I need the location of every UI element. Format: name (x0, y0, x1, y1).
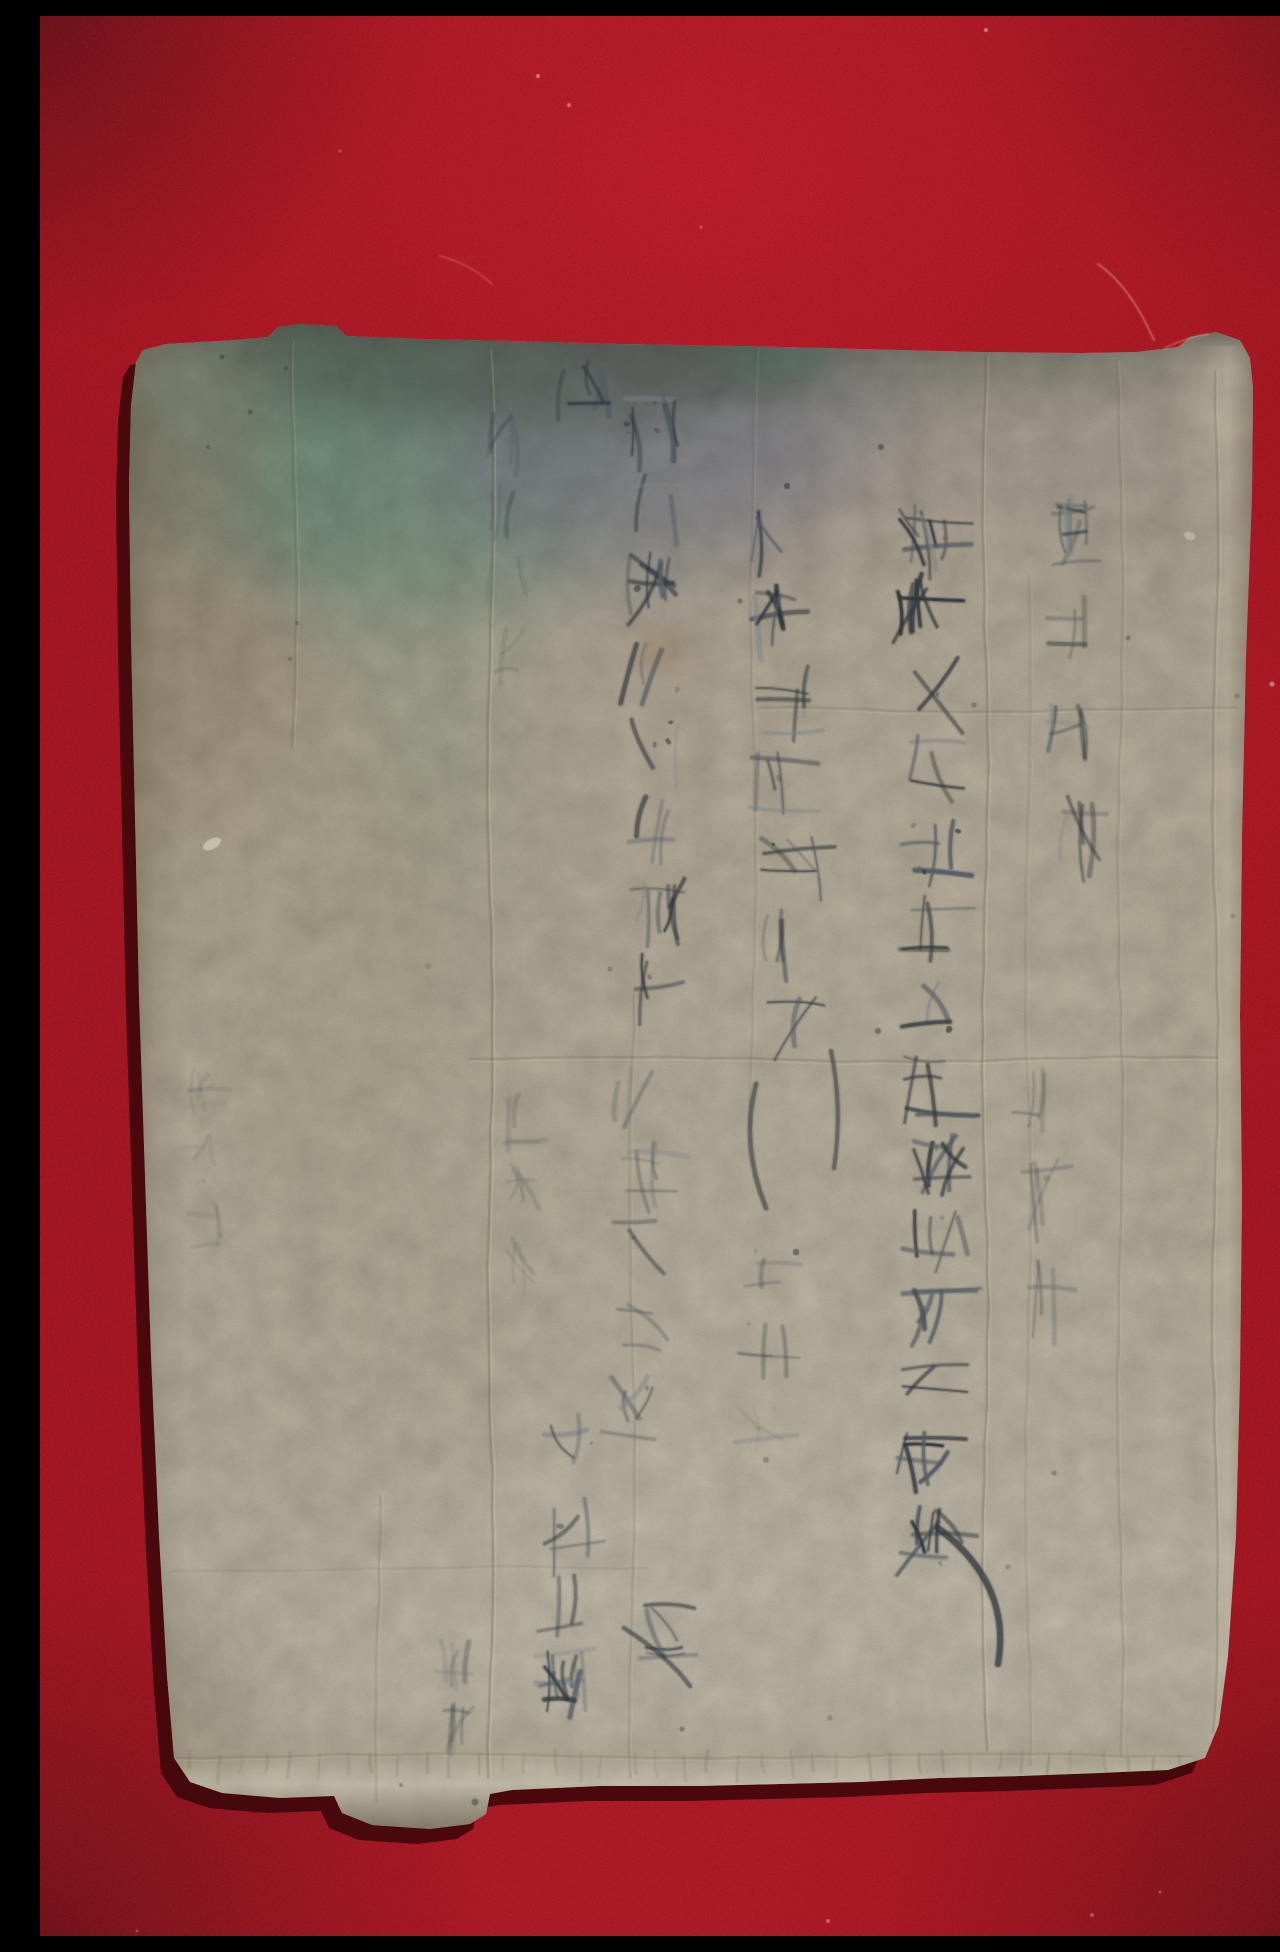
calligraphy-ink-canvas (40, 16, 1280, 1936)
photo-scene: Photograph of an antique thread-bound Ea… (40, 16, 1280, 1936)
